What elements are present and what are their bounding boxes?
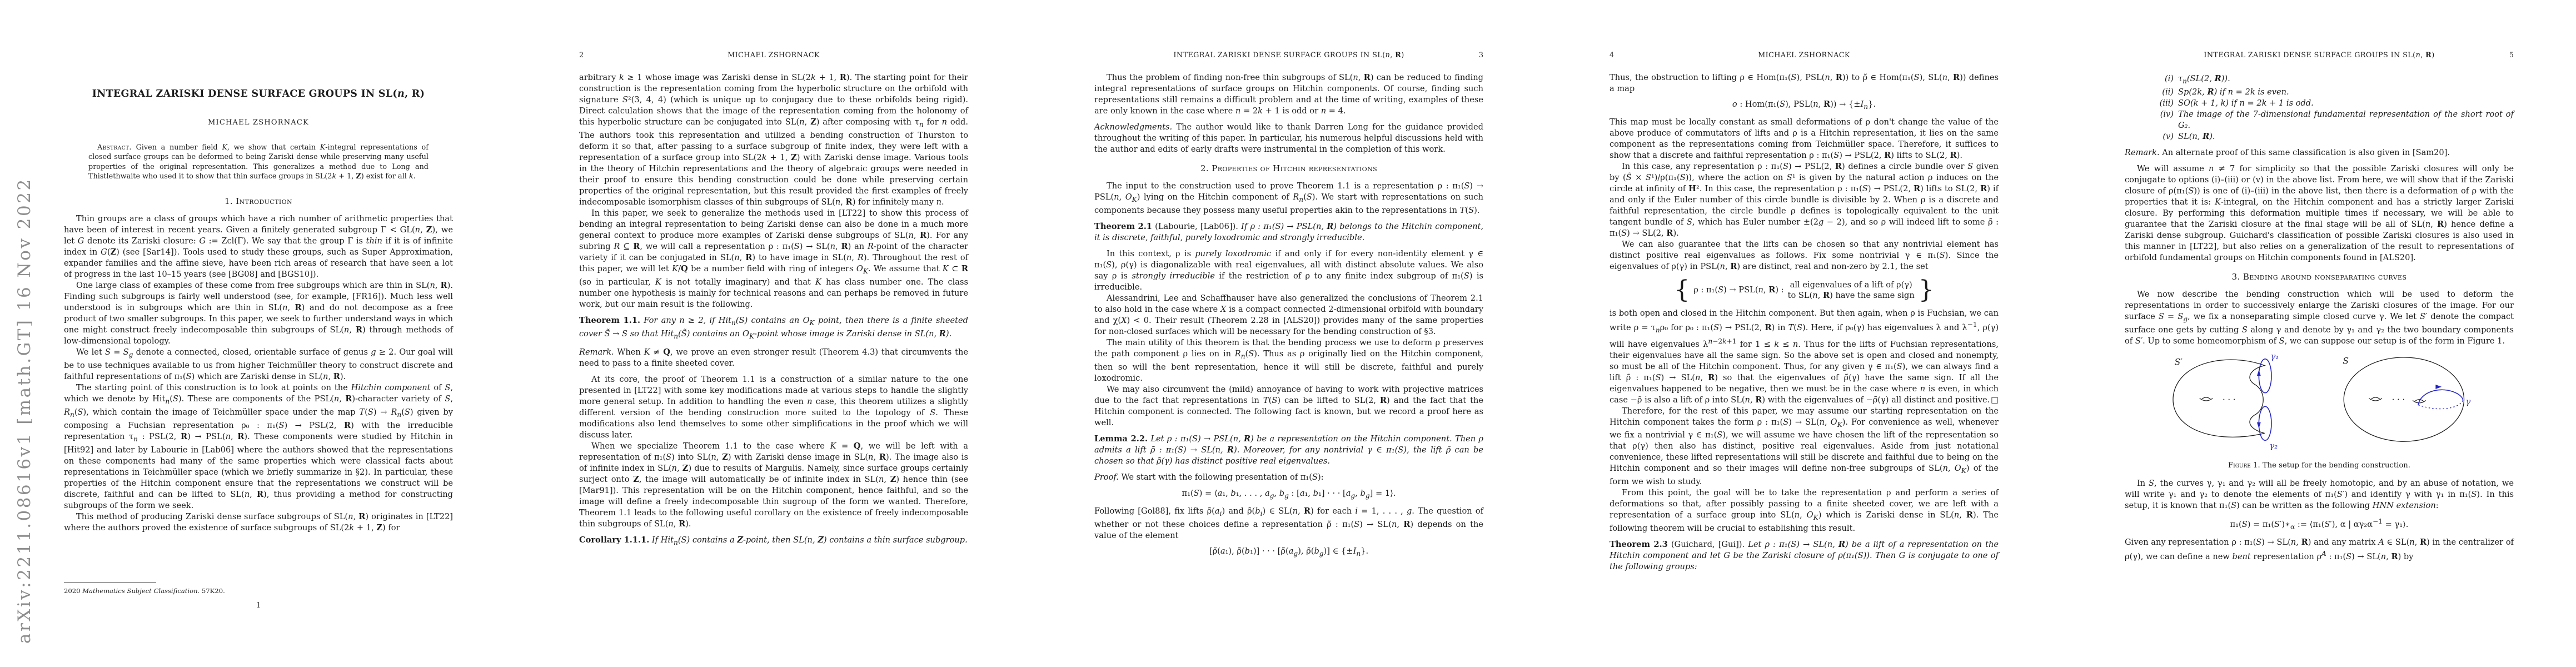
section-heading-1: 1. Introduction	[64, 196, 453, 207]
proof: Proof. We start with the following prese…	[1094, 472, 1483, 483]
running-head-author: MICHAEL ZSHORNACK	[579, 51, 968, 60]
paragraph: Therefore, for the rest of this paper, w…	[1610, 406, 1999, 488]
classification-list: (i)τn(SL(2, R)). (ii)Sp(2k, R) if n = 2k…	[2125, 73, 2514, 142]
label-s-prime: S′	[2174, 356, 2183, 367]
boundary-curve-gamma1	[2259, 359, 2271, 393]
list-item-label: (ii)	[2155, 87, 2174, 98]
abstract: Abstract. Given a number field K, we sho…	[88, 143, 428, 181]
lemma-body: Let ρ : π₁(S) → PSL(n, R) be a represent…	[1094, 434, 1483, 466]
remark: Remark. An alternate proof of this same …	[2125, 147, 2514, 158]
boundary-curve-gamma2	[2259, 406, 2271, 440]
paragraph: We can also guarantee that the lifts can…	[1610, 239, 1999, 272]
paragraph: We may also circumvent the (mild) annoya…	[1094, 384, 1483, 429]
proof-body: We start with the following presentation…	[1119, 472, 1324, 482]
label-gamma1: γ₁	[2271, 352, 2279, 361]
running-head-title: INTEGRAL ZARISKI DENSE SURFACE GROUPS IN…	[2125, 51, 2514, 60]
list-item: (iv)The image of the 7-dimensional funda…	[2125, 109, 2514, 131]
paragraph: At its core, the proof of Theorem 1.1 is…	[579, 374, 968, 441]
list-item-label: (iii)	[2155, 98, 2174, 109]
paragraph: In this paper, we seek to generalize the…	[579, 208, 968, 310]
paragraph: We will assume n ≠ 7 for simplicity so t…	[2125, 163, 2514, 263]
paragraph: Following [Gol88], fix lifts ρ̃(ai) and …	[1094, 506, 1483, 541]
list-item: (iii)SO(k + 1, k) if n = 2k + 1 is odd.	[2125, 98, 2514, 109]
paragraph: From this point, the goal will be to tak…	[1610, 487, 1999, 534]
corollary-label: Corollary 1.1.1.	[579, 535, 649, 545]
ellipsis-right: · · ·	[2392, 395, 2405, 404]
paragraph: arbitrary k ≥ 1 whose image was Zariski …	[579, 72, 968, 208]
list-item-label: (iv)	[2155, 109, 2174, 120]
list-item-text: τn(SL(2, R)).	[2178, 74, 2230, 83]
set-condition: ρ : π₁(S) → PSL(n, R) :	[1693, 285, 1783, 296]
equation-commutator: [ρ̃(a₁), ρ̃(b₁)] · · · [ρ̃(ag), ρ̃(bg)] …	[1094, 546, 1483, 559]
paragraph: is both open and closed in the Hitchin c…	[1610, 308, 1999, 406]
acknowledgments-label: Acknowledgments.	[1094, 122, 1172, 132]
theorem-label: Theorem 1.1.	[579, 316, 640, 325]
list-item-text: Sp(2k, R) if n = 2k is even.	[2178, 87, 2289, 97]
paragraph: This method of producing Zariski dense s…	[64, 511, 453, 534]
page-3: INTEGRAL ZARISKI DENSE SURFACE GROUPS IN…	[1030, 0, 1546, 667]
footnote-text: 2020 Mathematics Subject Classification.…	[64, 587, 453, 595]
set-description: all eigenvalues of a lift of ρ(γ) to SL(…	[1788, 280, 1915, 301]
list-item: (ii)Sp(2k, R) if n = 2k is even.	[2125, 87, 2514, 98]
figure-1: · · · γ₁ γ₂ S′ · · · γ S	[2125, 350, 2514, 455]
paragraph: Alessandrini, Lee and Schaffhauser have …	[1094, 293, 1483, 337]
paragraph: The input to the construction used to pr…	[1094, 181, 1483, 216]
paragraph: We now describe the bending construction…	[2125, 289, 2514, 347]
genus-mark	[2369, 398, 2382, 400]
equation-hnn-extension: π₁(S) = π₁(S′)∗α := ⟨π₁(S′), α | αγ₂α−1 …	[2125, 516, 2514, 532]
footnote: 2020 Mathematics Subject Classification.…	[64, 583, 453, 595]
acknowledgments: Acknowledgments. The author would like t…	[1094, 122, 1483, 155]
surface-s-prime-outline	[2173, 360, 2265, 437]
right-brace: }	[1919, 278, 1934, 302]
lemma-label: Lemma 2.2.	[1094, 434, 1148, 444]
theorem-attribution: (Labourie, [Lab06]).	[1152, 222, 1238, 231]
page-1: arXiv:2211.08616v1 [math.GT] 16 Nov 2022…	[0, 0, 515, 667]
remark-body: When K ≠ Q, we prove an even stronger re…	[579, 347, 968, 368]
paragraph: Thin groups are a class of groups which …	[64, 213, 453, 280]
paragraph: We let S = Sg denote a connected, closed…	[64, 347, 453, 382]
figure-caption-text: The setup for the bending construction.	[2260, 461, 2410, 470]
section-heading-3: 3. Bending around nonseparating curves	[2125, 271, 2514, 282]
remark-label: Remark.	[579, 347, 614, 357]
footnote-rule	[64, 583, 156, 583]
curve-gamma-dotted	[2418, 400, 2463, 409]
theorem-1-1: Theorem 1.1. For any n ≥ 2, if Hitn(S) c…	[579, 315, 968, 342]
paragraph: In S, the curves γ, γ₁ and γ₂ will all b…	[2125, 478, 2514, 511]
paragraph: Given any representation ρ : π₁(S) → SL(…	[2125, 537, 2514, 563]
arxiv-watermark: arXiv:2211.08616v1 [math.GT] 16 Nov 2022	[14, 82, 34, 644]
gamma-arrow-icon	[2435, 385, 2442, 389]
page-5-content: (i)τn(SL(2, R)). (ii)Sp(2k, R) if n = 2k…	[2125, 72, 2514, 562]
remark-body: An alternate proof of this same classifi…	[2160, 148, 2450, 157]
genus-mark	[2371, 397, 2380, 399]
lemma-2-2: Lemma 2.2. Let ρ : π₁(S) → PSL(n, R) be …	[1094, 434, 1483, 467]
theorem-label: Theorem 2.3	[1610, 540, 1668, 549]
bending-construction-figure: · · · γ₁ γ₂ S′ · · · γ S	[2158, 350, 2480, 451]
paragraph: In this case, any representation ρ : π₁(…	[1610, 161, 1999, 239]
genus-mark	[2202, 397, 2211, 399]
label-gamma2: γ₂	[2270, 441, 2278, 451]
gamma2-arrow-icon	[2257, 422, 2261, 429]
list-item-label: (i)	[2155, 73, 2174, 84]
paragraph: The main utility of this theorem is that…	[1094, 337, 1483, 384]
left-brace: {	[1674, 278, 1690, 302]
running-head-page-number: 3	[1479, 51, 1483, 60]
list-item: (v)SL(n, R).	[2125, 131, 2514, 142]
equation-obstruction: o : Hom(π₁(S), PSL(n, R)) → {±In}.	[1610, 99, 1999, 112]
page-2: 2 MICHAEL ZSHORNACK arbitrary k ≥ 1 whos…	[515, 0, 1030, 667]
theorem-2-3: Theorem 2.3 (Guichard, [Gui]). Let ρ : π…	[1610, 539, 1999, 573]
page-3-content: Thus the problem of finding non-free thi…	[1094, 72, 1483, 564]
corollary-1-1-1: Corollary 1.1.1. If Hitn(S) contains a Z…	[579, 535, 968, 548]
equation-eigenvalue-set: { ρ : π₁(S) → PSL(n, R) : all eigenvalue…	[1610, 278, 1999, 302]
page-1-content: INTEGRAL ZARISKI DENSE SURFACE GROUPS IN…	[64, 88, 453, 534]
corollary-body: If Hitn(S) contains a Z-point, then SL(n…	[649, 535, 968, 545]
equation-presentation: π₁(S) = ⟨a₁, b₁, . . . , ag, bg : [a₁, b…	[1094, 488, 1483, 501]
list-item-text: SL(n, R).	[2178, 132, 2215, 141]
section-heading-2: 2. Properties of Hitchin representations	[1094, 163, 1483, 174]
genus-mark	[2200, 398, 2213, 400]
abstract-text: Given a number field K, we show that cer…	[88, 143, 428, 181]
label-gamma: γ	[2465, 397, 2470, 406]
paragraph: In this context, ρ is purely loxodromic …	[1094, 248, 1483, 293]
figure-caption-label: Figure 1.	[2228, 461, 2260, 470]
paper-multipage-view: { "watermark": "arXiv:2211.08616v1 [math…	[0, 0, 2576, 667]
gamma1-arrow-icon	[2257, 370, 2261, 376]
list-item-label: (v)	[2155, 131, 2174, 142]
page-5: INTEGRAL ZARISKI DENSE SURFACE GROUPS IN…	[2061, 0, 2576, 667]
page-2-content: arbitrary k ≥ 1 whose image was Zariski …	[579, 72, 968, 553]
list-item: (i)τn(SL(2, R)).	[2125, 73, 2514, 87]
set-description-line2: to SL(n, R) have the same sign	[1788, 290, 1915, 301]
theorem-attribution: (Guichard, [Gui]).	[1668, 540, 1745, 549]
running-head-author: MICHAEL ZSHORNACK	[1610, 51, 1999, 60]
page-number: 1	[64, 601, 453, 610]
paragraph: This map must be locally constant as sma…	[1610, 117, 1999, 161]
paper-title: INTEGRAL ZARISKI DENSE SURFACE GROUPS IN…	[64, 88, 453, 101]
running-head-title: INTEGRAL ZARISKI DENSE SURFACE GROUPS IN…	[1094, 51, 1483, 60]
list-item-text: SO(k + 1, k) if n = 2k + 1 is odd.	[2178, 98, 2314, 108]
theorem-label: Theorem 2.1	[1094, 222, 1152, 231]
running-head-page-number: 5	[2509, 51, 2514, 60]
proof-label: Proof.	[1094, 472, 1119, 482]
paragraph: One large class of examples of these com…	[64, 280, 453, 347]
remark: Remark. When K ≠ Q, we prove an even str…	[579, 347, 968, 369]
remark-label: Remark.	[2125, 148, 2160, 157]
label-s: S	[2343, 355, 2349, 366]
figure-caption: Figure 1. The setup for the bending cons…	[2125, 460, 2514, 471]
paragraph: The starting point of this construction …	[64, 382, 453, 511]
paragraph: When we specialize Theorem 1.1 to the ca…	[579, 441, 968, 530]
abstract-label: Abstract.	[97, 143, 132, 152]
paragraph: Thus, the obstruction to lifting ρ ∈ Hom…	[1610, 72, 1999, 94]
paper-author: MICHAEL ZSHORNACK	[64, 117, 453, 128]
theorem-2-1: Theorem 2.1 (Labourie, [Lab06]). If ρ : …	[1094, 221, 1483, 243]
set-description-line1: all eigenvalues of a lift of ρ(γ)	[1788, 280, 1915, 290]
list-item-text: The image of the 7-dimensional fundament…	[2178, 109, 2514, 130]
page-4: 4 MICHAEL ZSHORNACK Thus, the obstructio…	[1546, 0, 2061, 667]
curve-gamma-solid	[2418, 390, 2463, 405]
page-4-content: Thus, the obstruction to lifting ρ ∈ Hom…	[1610, 72, 1999, 578]
paragraph: Thus the problem of finding non-free thi…	[1094, 72, 1483, 117]
ellipsis-left: · · ·	[2223, 395, 2235, 404]
